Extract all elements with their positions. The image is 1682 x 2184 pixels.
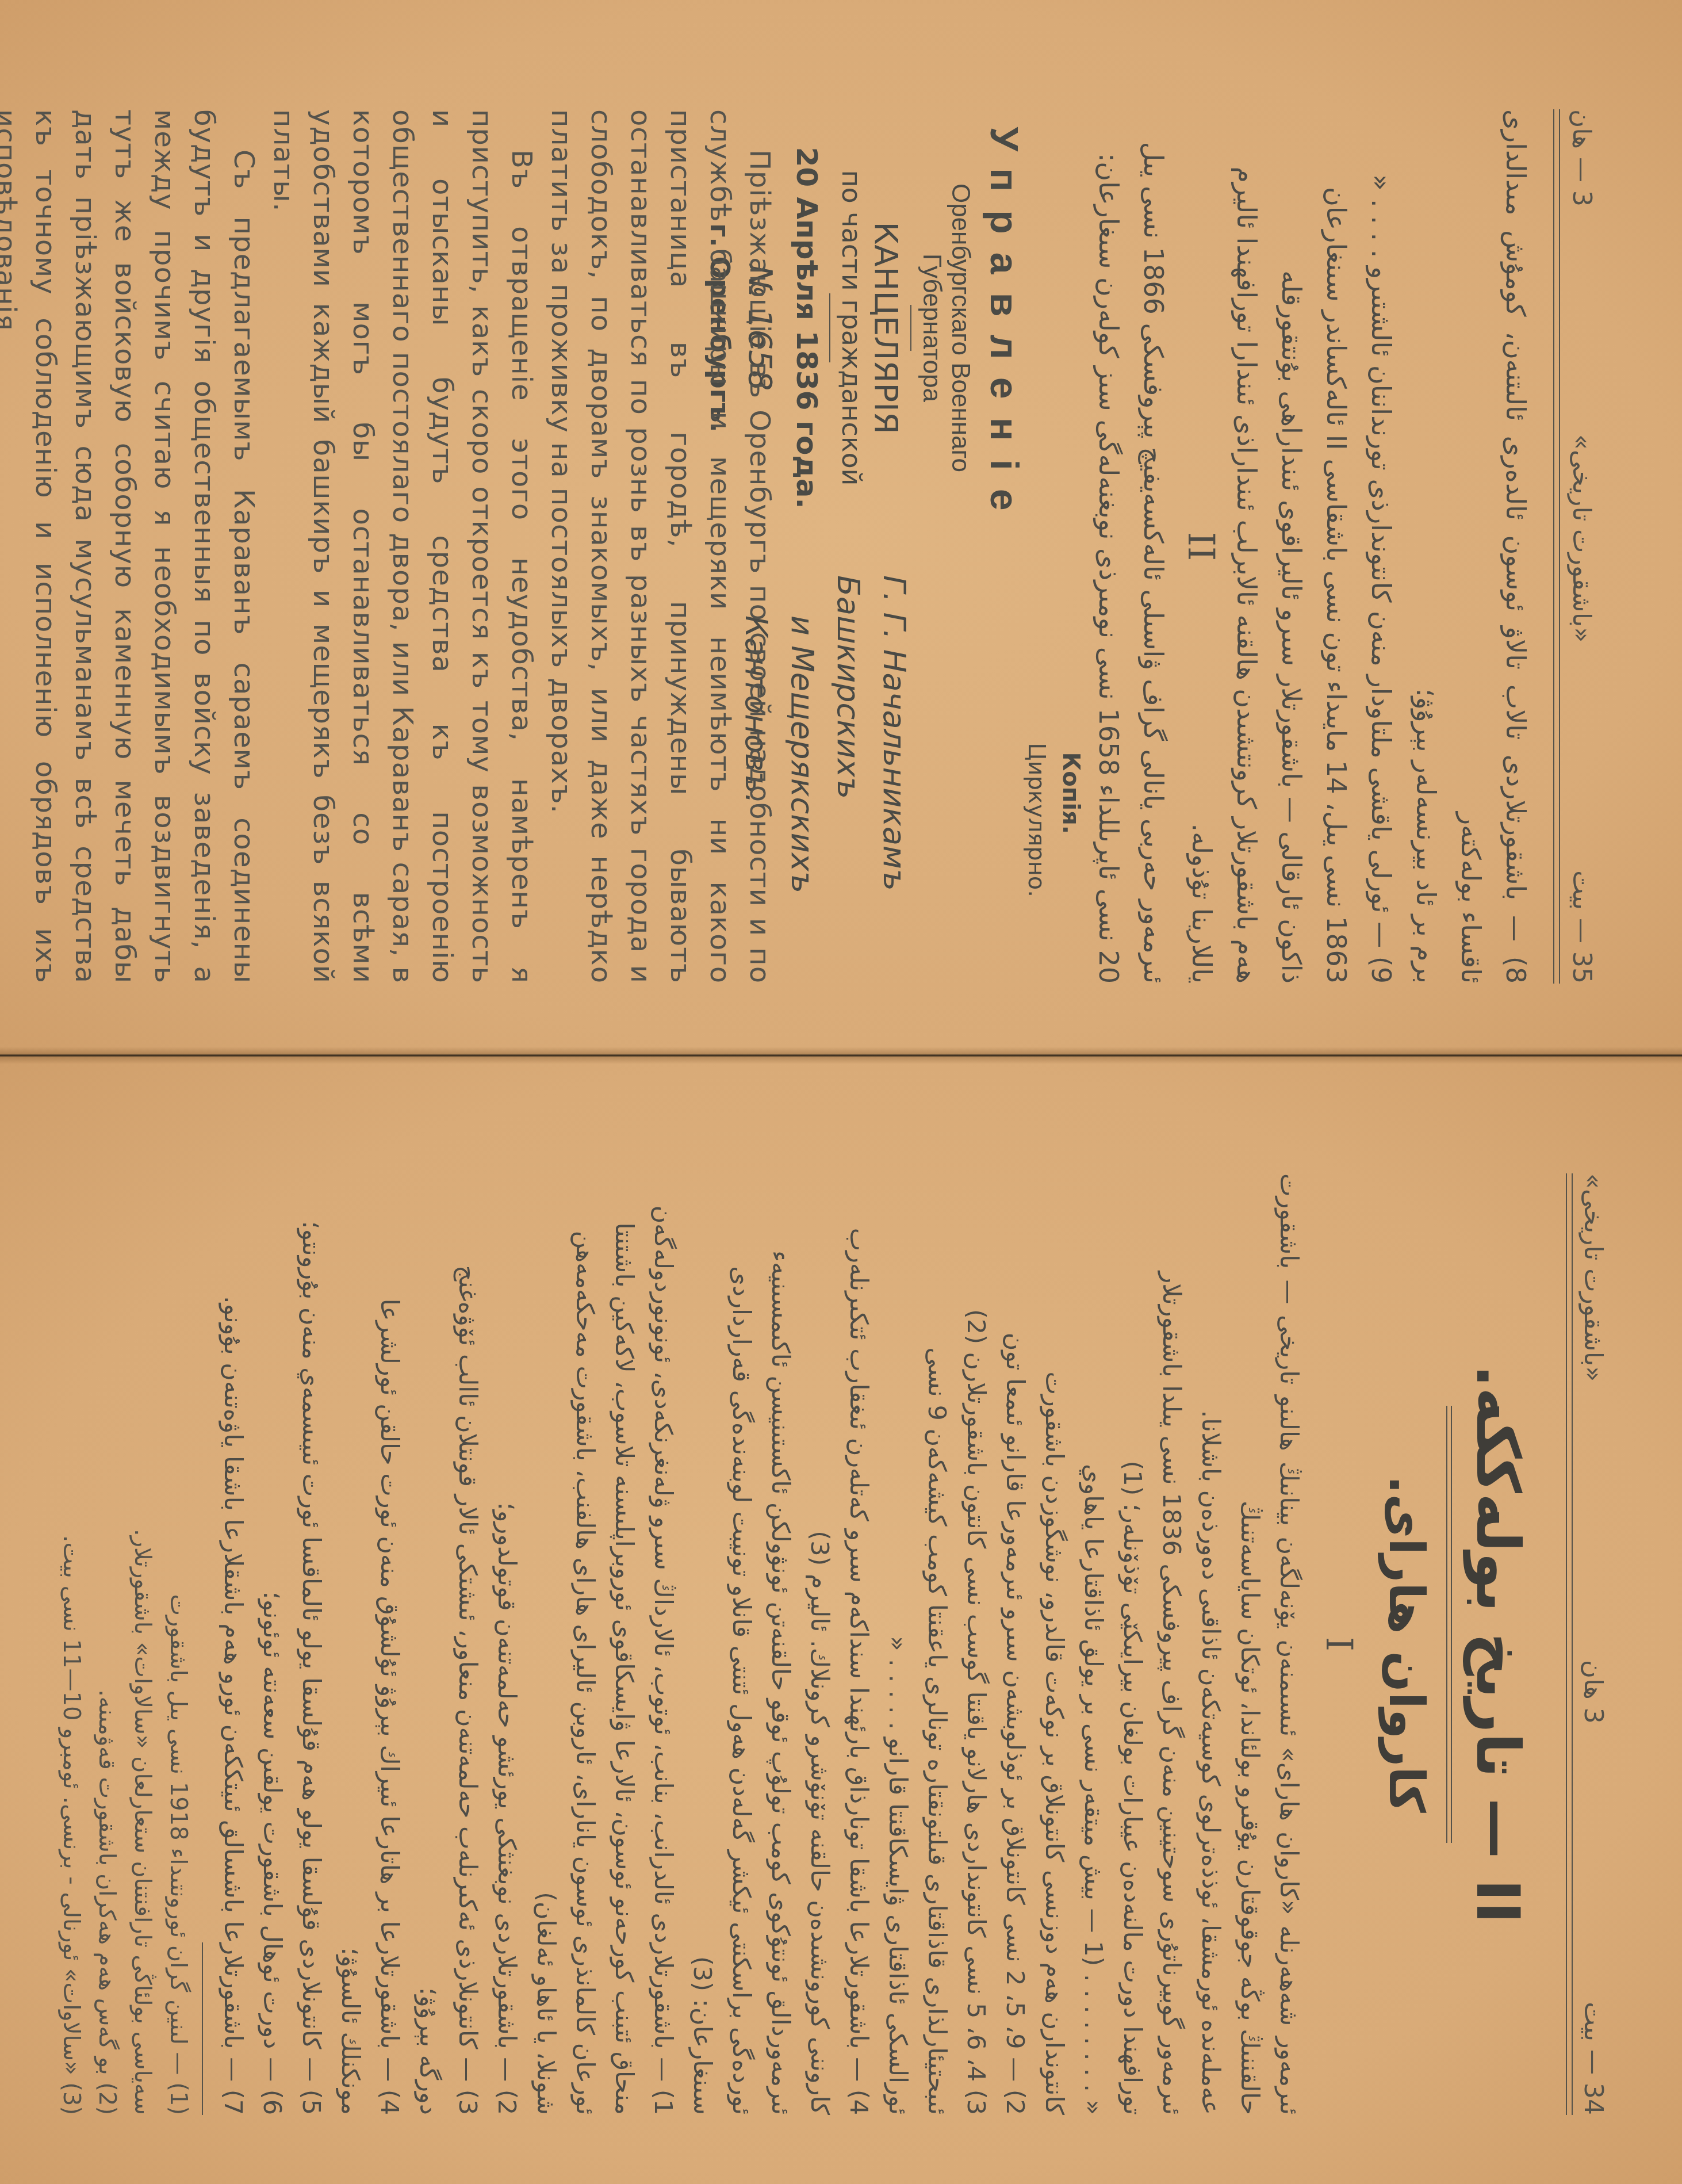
body-line: 4) — باشقورتلارعا بر هاتارعا ئىيراك بېرۇ…	[370, 1173, 409, 2115]
body-line: 5) — كانتونلاردى قۇلسقا يولو هەم قۇلسقا …	[292, 1173, 331, 2115]
page-35: 35 — بيت «باشقورت تاریخی» 3 — هان 8) — ب…	[0, 0, 1682, 1053]
footnote-rule	[202, 1942, 203, 2115]
footnotes: (1) — لىنين گران ئورونتىداء 1918 نسی يىل…	[53, 1173, 196, 2115]
body-line: تورافهندا دورت مالنەدەن عيبارات بولغان ب…	[1113, 1173, 1152, 2115]
running-head-page-number: 35 — بيت	[1567, 870, 1596, 984]
footnote: سەياسى بولئاڭى تارافنتنان ستعارلعان «سال…	[125, 1173, 160, 2115]
heading-upravlenie: Управленіе	[982, 109, 1026, 546]
body-line: 1) — باشقورتلاردی ئالدرانب، بنانب، ئوتوب…	[643, 1173, 683, 2115]
section-number: II	[1179, 109, 1222, 984]
copy-row: Копія. Циркулярно.	[1038, 109, 1084, 984]
running-head-journal: «باشقورت تاریخی»	[1578, 1173, 1608, 1382]
chapter-title: II — تاريخ بولەككە.	[1458, 1173, 1538, 2115]
running-head-journal: «باشقورت تاریخی»	[1567, 434, 1596, 642]
body-line: 2) — 9، 5، 2 نسی كانتونلاق بر ئوذلوبشەن …	[995, 1173, 1035, 2115]
numbered-items: 8) — باشقورتلاردی تالاب تالاۋ ئوسون ئالد…	[1179, 109, 1538, 984]
body-line: كانتوندارن هەم دوزنسى كانتونلاق بر نوكەت…	[1035, 1173, 1074, 2115]
body-paragraph: Пріѣзжающіе въ Оренбургъ по своей надобн…	[541, 109, 779, 984]
header-double-rule	[1553, 109, 1560, 984]
heading-divider	[910, 305, 911, 351]
item-line: 9) — ئورلی ياقشی ملتاودار منەن كانتوندار…	[1359, 109, 1404, 984]
copy-label: Копія.	[1058, 752, 1084, 834]
body-line: ئىرمەور گوبيرناتۇرى سوحتينين منەن گراف پ…	[1152, 1173, 1191, 2115]
body-line: ئىرمەوردالق ئونتۇكوی كومب تولۇپ ئوقو حال…	[761, 1173, 800, 2115]
running-head-page-number: 34 — بيت	[1578, 2002, 1608, 2115]
body-line: ئىرمەور شەھەرنلە «كاروان هاراى» ئىسىمنەن…	[1230, 1173, 1308, 2115]
circular-label: Циркулярно.	[1023, 743, 1049, 897]
body-line: مونكنلك ئالسۇۋ؛	[331, 1173, 370, 2115]
heading-date: 20 Апрѣля 1836 года.	[790, 109, 823, 546]
intro-line: ئىرمەور حەربى يانالى گراف ۋاسىلى ئالەكسە…	[1131, 109, 1176, 984]
running-head: 34 — بيت 3 هان «باشقورت تاریخی»	[1578, 1173, 1619, 2115]
item-line: برم بر ئاد بيرنسەلەر بېرۇۋ؛	[1404, 109, 1449, 984]
item-line: 8) — باشقورتلاردی تالاب تالاۋ ئوسون ئالد…	[1449, 109, 1538, 984]
body-line: 2) — باشقورتلاردى نوبغنثكى يورئشو حەلمەت…	[487, 1173, 526, 2115]
footnote: (3) «سالاوات» ئورنالى - برنسی. ئومبرو 10…	[53, 1173, 89, 2115]
article-body: ئىرمەور شەھەرنلە «كاروان هاراى» ئىسىمنەن…	[53, 1173, 1308, 2115]
body-line: 3) — كانتونلارذى ئەكىرنلەب حەلمەتنەن منع…	[448, 1173, 487, 2115]
body-line: ئورالسكى ئاذاقتارى ۋايسكاقنتا قارانو . .…	[878, 1173, 917, 2115]
body-line: « . . . . . . . . (1 — بيش ميتقەر نسى بر…	[1074, 1173, 1113, 2115]
footnote: (1) — لىنين گران ئورونتىداء 1918 نسی يىل…	[160, 1173, 196, 2115]
item-line: ذاكون ئارقالی — باشقورتلار سىرو ئاليراقو…	[1269, 109, 1314, 984]
addressee-line: Г. Г. Начальникамъ Башкирскихъ	[825, 575, 917, 966]
body-line: دورگە بېرۇۋ؛	[409, 1173, 448, 2115]
body-line: ئىبحتيئارلذارى قاذاقتارى قىلتونقتاره تون…	[917, 1173, 956, 2115]
heading-governor: Оренбургскаго Военнаго Губернатора	[917, 109, 975, 546]
header-double-rule	[1566, 1173, 1573, 2115]
letter-body: Пріѣзжающіе въ Оренбургъ по своей надобн…	[104, 109, 779, 984]
body-paragraph: Съ предлагаемымъ Караванъ сараемъ соедин…	[0, 109, 263, 984]
item-line: هەم باشقورتلار كرونتشىدن ھالقنە ئالابرلب…	[1224, 109, 1269, 984]
section-intro: ئىرمەور حەربى يانالى گراف ۋاسىلى ئالەكسە…	[1086, 109, 1176, 984]
body-line: 4) — باشقورتلارعا باشقا تونارذاق بارئهند…	[839, 1173, 878, 2115]
section-number: I	[1317, 1173, 1360, 2115]
item-line: 1863 نسی يىل، 14 مايىداء تون نسی باشقاسی…	[1314, 109, 1359, 984]
heading-chancellery: КАНЦЕЛЯРІЯ	[867, 109, 905, 546]
footnote: (2) بو گەس هەم هەكران باشقورت قەۋمىنە.	[89, 1173, 125, 2115]
body-line: ئوردەگی براسکنتی ئیکشر گەلەدن هەول ئتنتی…	[722, 1173, 761, 2115]
body-line: منحاق ئتبنب كورحەنو ئوسون، ئالارعا ۋايسك…	[604, 1173, 643, 2115]
intro-line: 20 نسی ئاپرىللداء 1658 نسی نومىرذی نوبغن…	[1086, 109, 1131, 984]
body-line: كاروننی كورونشىدەن حالقنە تۆنۆشرو كرونلا…	[800, 1173, 839, 2115]
body-line: ئورعان كالمانذرى ئوسون ياناراى، ئاروبن ئ…	[565, 1173, 604, 2115]
running-head-issue: 3 هان	[1578, 1660, 1608, 1724]
article-title: كاروان هاراى.	[1378, 1173, 1435, 2115]
heading-divider	[829, 293, 830, 362]
body-line: عەملەندە ئورمشقا، ئوذذەترلوی كوسيەتكەن ئ…	[1191, 1173, 1230, 2115]
body-line: شونلا، يا ئاھاو ئەلغان)	[526, 1173, 565, 2115]
body-line: سىنغارعان: (3)	[683, 1173, 722, 2115]
body-paragraph: Въ отвращеніе этого неудобства, намѣренъ…	[263, 109, 541, 984]
running-head: 35 — بيت «باشقورت تاریخی» 3 — هان	[1567, 109, 1607, 984]
heading-civil-part: по части гражданской	[836, 109, 867, 546]
body-line: 7) — باشقورتلارعا باشسالق ئىيتككەن ئورو …	[213, 1173, 252, 2115]
title-double-rule	[1446, 1406, 1452, 1843]
body-line: 6) — دورت ئوھال باشقورت يولقىن سعەنتە ئو…	[252, 1173, 292, 2115]
page-34: 34 — بيت 3 هان «باشقورت تاریخی» II — تار…	[0, 1064, 1682, 2184]
body-line: 3) 4، 6، 5 نسی كانتونداردی هارلانو ياقنت…	[956, 1173, 995, 2115]
running-head-issue: 3 — هان	[1567, 109, 1596, 206]
